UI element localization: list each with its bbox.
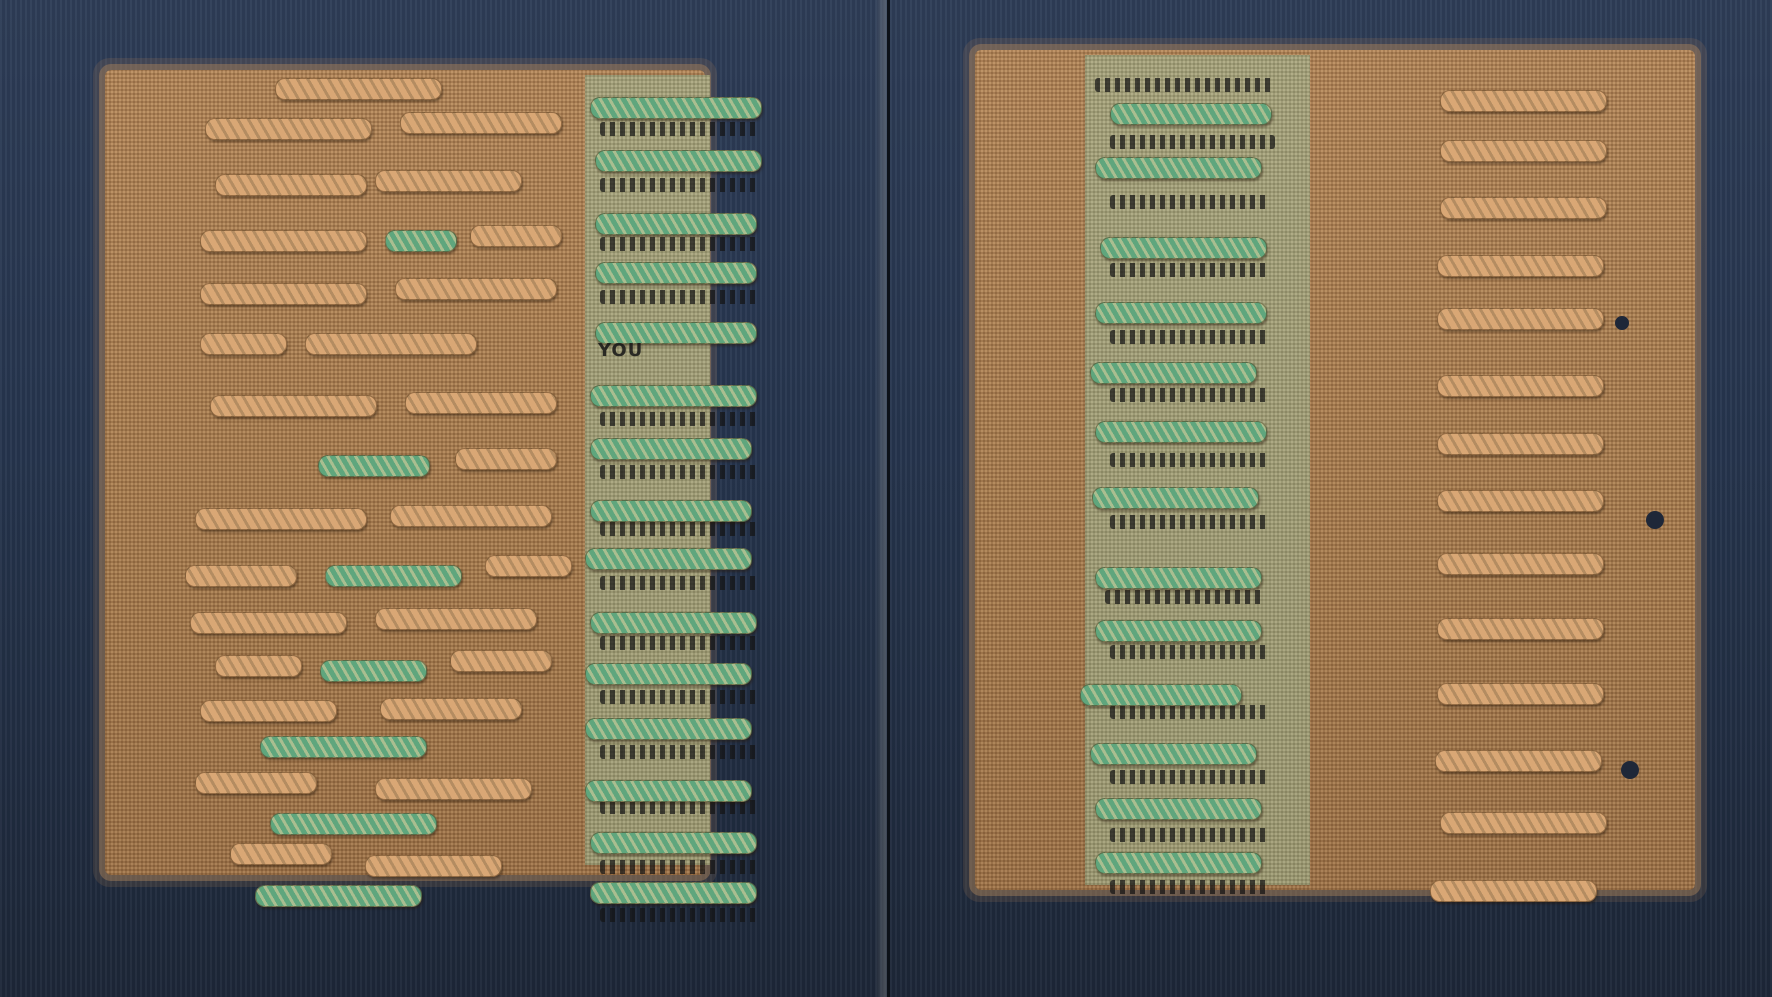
copper-metal-strip	[200, 700, 337, 722]
green-metal-strip	[1090, 362, 1257, 384]
green-metal-strip	[1095, 567, 1262, 589]
copper-metal-strip	[1437, 490, 1604, 512]
copper-metal-strip	[365, 855, 502, 877]
ink-glyph-row	[600, 860, 760, 874]
copper-metal-strip	[1440, 812, 1607, 834]
copper-metal-strip	[190, 612, 347, 634]
green-metal-strip	[585, 718, 752, 740]
copper-metal-strip	[1437, 618, 1604, 640]
green-metal-strip	[590, 500, 752, 522]
copper-metal-strip	[305, 333, 477, 355]
green-metal-strip	[590, 832, 757, 854]
copper-metal-strip	[200, 333, 287, 355]
green-metal-strip	[595, 213, 757, 235]
panel-seam	[887, 0, 890, 997]
ink-glyph-row	[1110, 880, 1270, 894]
copper-metal-strip	[1437, 308, 1604, 330]
green-metal-strip	[1095, 421, 1267, 443]
copper-metal-strip	[405, 392, 557, 414]
ink-glyph-row	[600, 908, 760, 922]
ink-glyph-row	[600, 690, 760, 704]
copper-metal-strip	[380, 698, 522, 720]
copper-metal-strip	[395, 278, 557, 300]
ink-glyph-row	[1110, 645, 1270, 659]
green-metal-strip	[590, 612, 757, 634]
copper-metal-strip	[275, 78, 442, 100]
copper-metal-strip	[1437, 375, 1604, 397]
ink-glyph-row	[600, 636, 760, 650]
copper-metal-strip	[455, 448, 557, 470]
green-metal-strip	[590, 438, 752, 460]
ink-glyph-row	[600, 522, 760, 536]
green-metal-strip	[585, 780, 752, 802]
copper-metal-strip	[1435, 750, 1602, 772]
stenciled-word: YOU	[598, 340, 643, 361]
copper-metal-strip	[450, 650, 552, 672]
copper-metal-strip	[210, 395, 377, 417]
green-metal-strip	[255, 885, 422, 907]
ink-glyph-row	[600, 178, 760, 192]
ink-glyph-row	[600, 122, 760, 136]
green-metal-strip	[585, 663, 752, 685]
copper-metal-strip	[1430, 880, 1597, 902]
copper-metal-strip	[205, 118, 372, 140]
copper-metal-strip	[375, 608, 537, 630]
ink-glyph-row	[1110, 453, 1270, 467]
green-metal-strip	[1095, 157, 1262, 179]
copper-metal-strip	[400, 112, 562, 134]
green-metal-strip	[270, 813, 437, 835]
green-metal-strip	[595, 150, 762, 172]
ink-glyph-row	[1110, 195, 1270, 209]
artwork-photo: YOU	[0, 0, 1772, 997]
copper-metal-strip	[185, 565, 297, 587]
ink-glyph-row	[600, 745, 760, 759]
ink-glyph-row	[600, 237, 760, 251]
copper-metal-strip	[195, 772, 317, 794]
green-metal-strip	[590, 385, 757, 407]
copper-metal-strip	[1437, 683, 1604, 705]
ink-glyph-row	[600, 290, 760, 304]
ink-glyph-row	[1110, 515, 1270, 529]
green-metal-strip	[385, 230, 457, 252]
ink-glyph-row	[1110, 770, 1270, 784]
ink-glyph-row	[1110, 388, 1270, 402]
ink-glyph-row	[1095, 78, 1275, 92]
burlap-hole	[1615, 316, 1629, 330]
green-metal-strip	[1110, 103, 1272, 125]
copper-metal-strip	[1437, 255, 1604, 277]
green-metal-strip	[590, 97, 762, 119]
copper-metal-strip	[1440, 197, 1607, 219]
copper-metal-strip	[390, 505, 552, 527]
copper-metal-strip	[215, 174, 367, 196]
green-metal-strip	[1100, 237, 1267, 259]
copper-metal-strip	[375, 170, 522, 192]
ink-glyph-row	[1110, 330, 1270, 344]
copper-metal-strip	[485, 555, 572, 577]
copper-metal-strip	[470, 225, 562, 247]
green-metal-strip	[1095, 798, 1262, 820]
copper-metal-strip	[230, 843, 332, 865]
copper-metal-strip	[215, 655, 302, 677]
green-metal-strip	[590, 882, 757, 904]
ink-glyph-row	[1105, 590, 1265, 604]
green-metal-strip	[320, 660, 427, 682]
green-metal-strip	[325, 565, 462, 587]
green-metal-strip	[1080, 684, 1242, 706]
ink-glyph-row	[600, 465, 760, 479]
burlap-hole	[1646, 511, 1664, 529]
ink-glyph-row	[1110, 705, 1270, 719]
ink-glyph-row	[600, 800, 760, 814]
copper-metal-strip	[1437, 553, 1604, 575]
copper-metal-strip	[1440, 140, 1607, 162]
burlap-hole	[1621, 761, 1639, 779]
green-metal-strip	[1090, 743, 1257, 765]
green-metal-strip	[1092, 487, 1259, 509]
ink-glyph-row	[600, 576, 760, 590]
green-metal-strip	[318, 455, 430, 477]
green-metal-strip	[585, 548, 752, 570]
copper-metal-strip	[375, 778, 532, 800]
copper-metal-strip	[1437, 433, 1604, 455]
ink-glyph-row	[1110, 263, 1270, 277]
copper-metal-strip	[1440, 90, 1607, 112]
green-metal-strip	[260, 736, 427, 758]
green-metal-strip	[1095, 302, 1267, 324]
copper-metal-strip	[195, 508, 367, 530]
ink-glyph-row	[600, 412, 760, 426]
ink-glyph-row	[1110, 135, 1275, 149]
copper-metal-strip	[200, 230, 367, 252]
ink-glyph-row	[1110, 828, 1270, 842]
copper-metal-strip	[200, 283, 367, 305]
green-metal-strip	[595, 262, 757, 284]
green-metal-strip	[1095, 852, 1262, 874]
green-metal-strip	[1095, 620, 1262, 642]
